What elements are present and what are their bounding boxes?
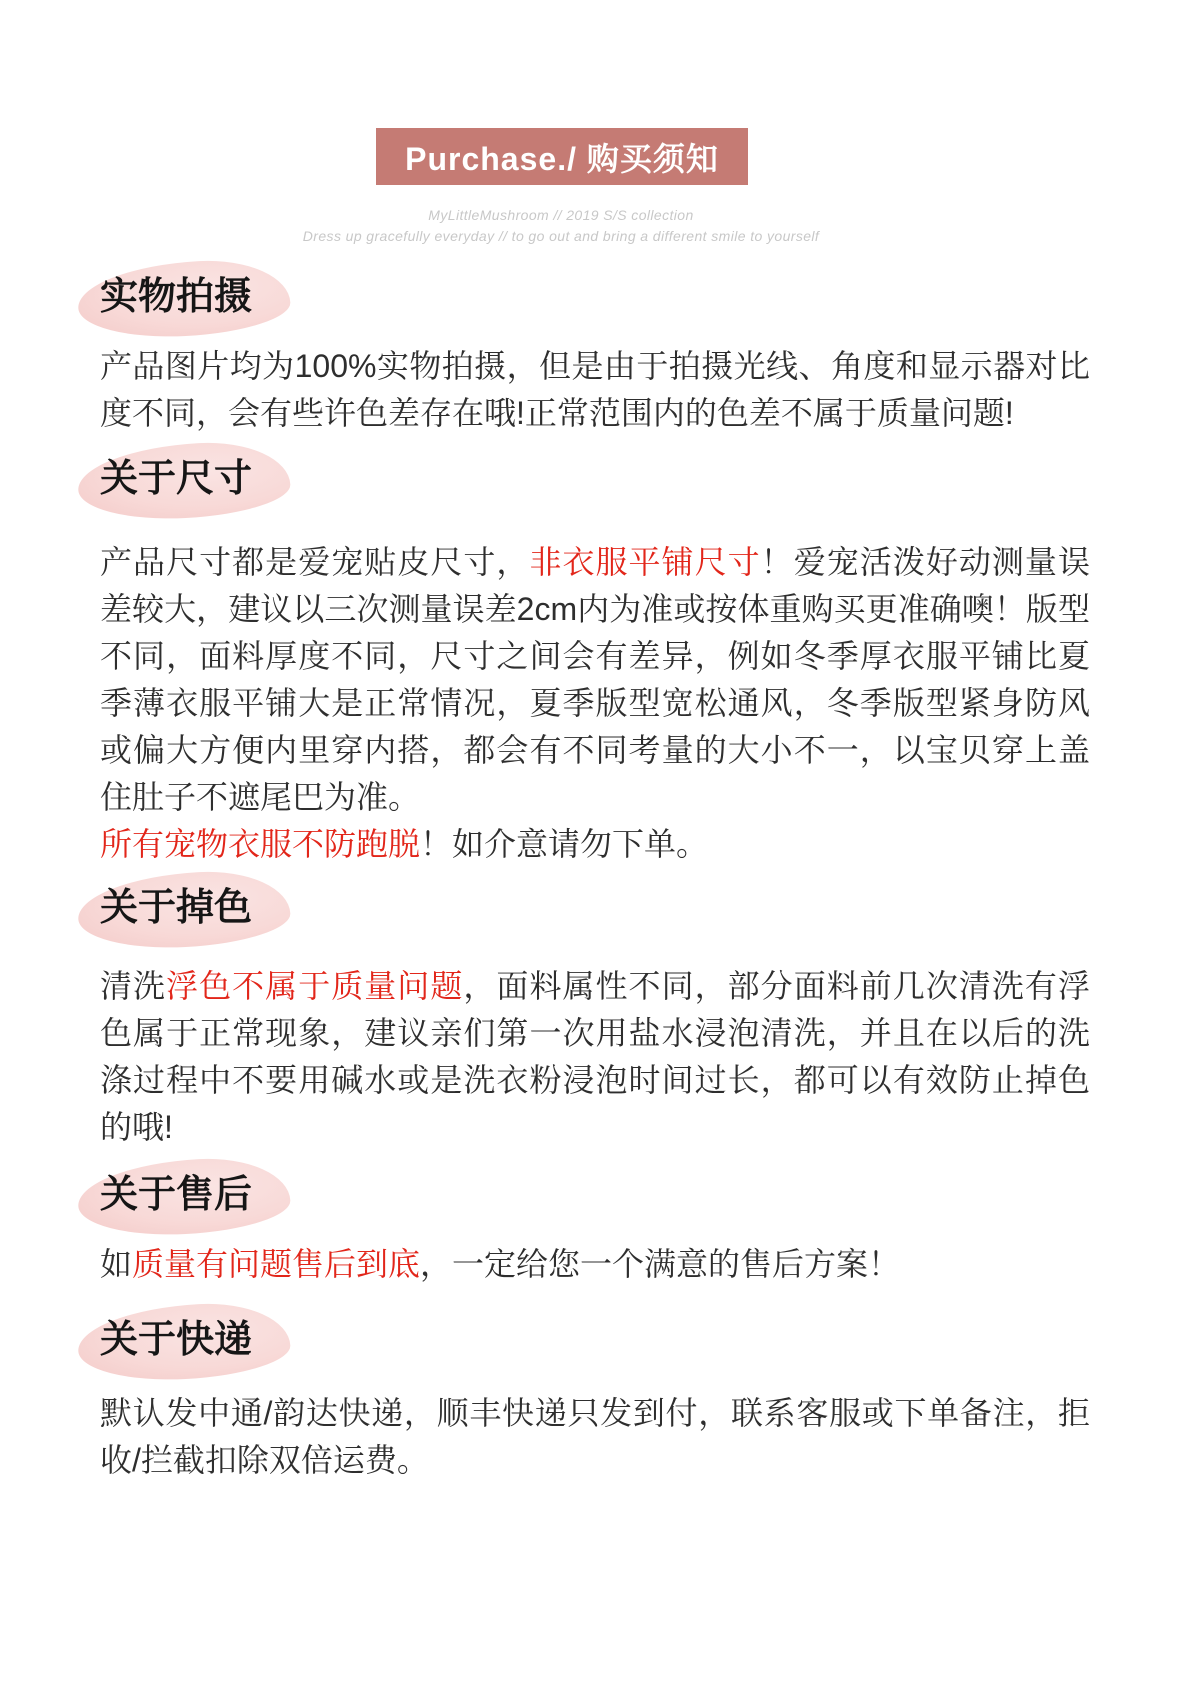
section-sizing: 关于尺寸 产品尺寸都是爱宠贴皮尺寸，非衣服平铺尺寸！爱宠活泼好动测量误差较大，建…: [100, 437, 1090, 868]
paragraph: 所有宠物衣服不防跑脱！如介意请勿下单。: [100, 821, 1090, 868]
paragraph: 产品尺寸都是爱宠贴皮尺寸，非衣服平铺尺寸！爱宠活泼好动测量误差较大，建议以三次测…: [100, 539, 1090, 821]
section-heading-shipping: 关于快递: [100, 1318, 252, 1362]
section-heading-label: 实物拍摄: [100, 276, 252, 318]
text-segment: 如: [100, 1246, 132, 1282]
text-segment: ，一定给您一个满意的售后方案！: [420, 1246, 900, 1282]
section-heading-after-sales: 关于售后: [100, 1173, 252, 1217]
text-segment: ！如介意请勿下单。: [420, 826, 708, 862]
section-real-photos: 实物拍摄 产品图片均为100%实物拍摄，但是由于拍摄光线、角度和显示器对比度不同…: [100, 247, 1090, 437]
text-segment-red: 质量有问题售后到底: [132, 1246, 420, 1282]
section-heading-label: 关于快递: [100, 1319, 252, 1361]
section-heading-label: 关于尺寸: [100, 458, 252, 500]
text-segment: 清洗: [100, 968, 166, 1004]
section-heading-label: 关于掉色: [100, 887, 252, 929]
text-segment: ！爱宠活泼好动测量误差较大，建议以三次测量误差2cm内为准或按体重购买更准确噢！…: [100, 544, 1090, 815]
content: 实物拍摄 产品图片均为100%实物拍摄，但是由于拍摄光线、角度和显示器对比度不同…: [100, 247, 1090, 1484]
paragraph: 产品图片均为100%实物拍摄，但是由于拍摄光线、角度和显示器对比度不同，会有些许…: [100, 343, 1090, 437]
purchase-notes-page: Purchase./ 购买须知 MyLittleMushroom // 2019…: [0, 0, 1200, 1690]
paragraph: 默认发中通/韵达快递，顺丰快递只发到付，联系客服或下单备注，拒收/拦截扣除双倍运…: [100, 1390, 1090, 1484]
section-heading-real-photos: 实物拍摄: [100, 275, 252, 319]
paragraph: 清洗浮色不属于质量问题，面料属性不同，部分面料前几次清洗有浮色属于正常现象，建议…: [100, 963, 1090, 1151]
section-heading-color-fading: 关于掉色: [100, 886, 252, 930]
text-segment: 默认发中通/韵达快递，顺丰快递只发到付，联系客服或下单备注，拒收/拦截扣除双倍运…: [100, 1395, 1090, 1478]
text-segment-red: 非衣服平铺尺寸: [529, 544, 760, 580]
section-heading-label: 关于售后: [100, 1174, 252, 1216]
text-segment: 产品尺寸都是爱宠贴皮尺寸，: [100, 544, 529, 580]
subtitle-line1: MyLittleMushroom // 2019 S/S collection: [0, 205, 1122, 226]
section-after-sales: 关于售后 如质量有问题售后到底，一定给您一个满意的售后方案！: [100, 1151, 1090, 1288]
text-segment: 产品图片均为100%实物拍摄，但是由于拍摄光线、角度和显示器对比度不同，会有些许…: [100, 348, 1090, 431]
section-color-fading: 关于掉色 清洗浮色不属于质量问题，面料属性不同，部分面料前几次清洗有浮色属于正常…: [100, 868, 1090, 1151]
section-heading-sizing: 关于尺寸: [100, 457, 252, 501]
text-segment-red: 浮色不属于质量问题: [166, 968, 463, 1004]
section-shipping: 关于快递 默认发中通/韵达快递，顺丰快递只发到付，联系客服或下单备注，拒收/拦截…: [100, 1288, 1090, 1484]
paragraph: 如质量有问题售后到底，一定给您一个满意的售后方案！: [100, 1241, 1090, 1288]
subtitle-block: MyLittleMushroom // 2019 S/S collection …: [0, 205, 1122, 247]
text-segment-red: 所有宠物衣服不防跑脱: [100, 826, 420, 862]
subtitle-line2: Dress up gracefully everyday // to go ou…: [0, 226, 1122, 247]
page-title: Purchase./ 购买须知: [405, 134, 719, 180]
page-title-banner: Purchase./ 购买须知: [376, 128, 748, 185]
